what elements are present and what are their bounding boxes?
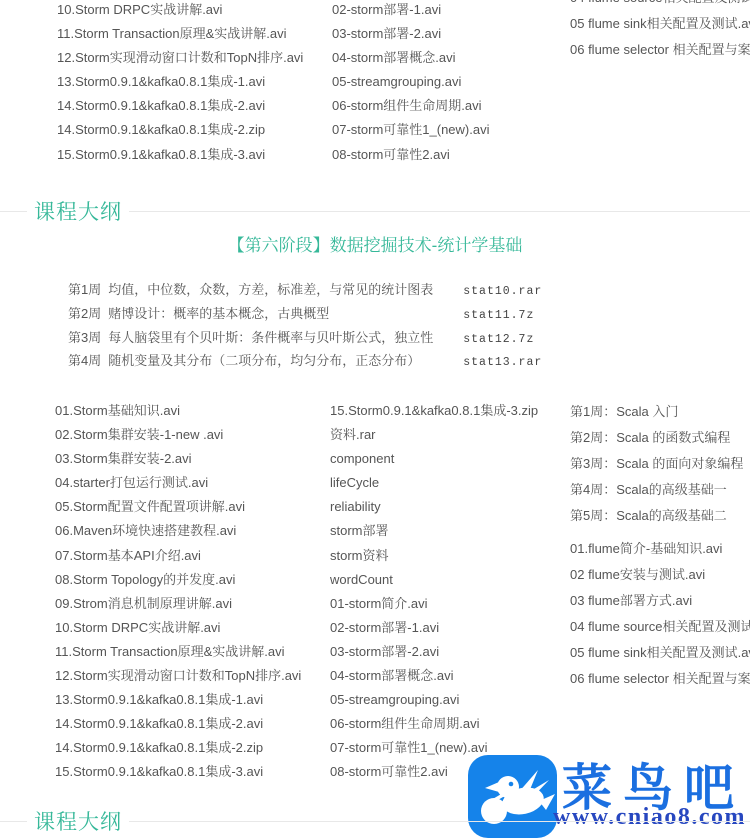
file-item: storm部署	[330, 519, 538, 543]
file-item: 12.Storm实现滑动窗口计数和TopN排序.avi	[55, 664, 301, 688]
main-file-list-storm-deploy: 15.Storm0.9.1&kafka0.8.1集成-3.zip资料.rarco…	[330, 399, 538, 785]
top-file-list-storm-deploy: 02-storm部署-1.avi03-storm部署-2.avi04-storm…	[332, 0, 490, 167]
file-item: 14.Storm0.9.1&kafka0.8.1集成-2.zip	[55, 736, 301, 760]
file-item: lifeCycle	[330, 471, 538, 495]
week-file: stat10.rar	[463, 285, 542, 298]
file-item: 12.Storm实现滑动窗口计数和TopN排序.avi	[57, 46, 303, 70]
divider-line-left	[0, 821, 27, 822]
week-desc: 随机变量及其分布（二项分布，均匀分布，正态分布）	[108, 350, 463, 369]
file-item: 04-storm部署概念.avi	[330, 664, 538, 688]
file-item: 14.Storm0.9.1&kafka0.8.1集成-2.avi	[55, 712, 301, 736]
file-item: 08-storm可靠性2.avi	[332, 143, 490, 167]
main-list-scala-flume: 第1周：Scala 入门第2周：Scala 的函数式编程第3周：Scala 的面…	[570, 399, 750, 692]
week-file: stat12.7z	[463, 333, 534, 346]
week-file: stat13.rar	[463, 356, 542, 369]
main-file-list-storm: 01.Storm基础知识.avi02.Storm集群安装-1-new .avi0…	[55, 399, 301, 785]
file-item: 07-storm可靠性1_(new).avi	[332, 118, 490, 142]
weeks-table: 第1周均值，中位数，众数，方差，标准差，与常见的统计图表stat10.rar第2…	[68, 279, 542, 374]
file-item: 02-storm部署-1.avi	[330, 616, 538, 640]
file-item: 06.Maven环境快速搭建教程.avi	[55, 519, 301, 543]
file-item: 14.Storm0.9.1&kafka0.8.1集成-2.zip	[57, 118, 303, 142]
file-item: 02-storm部署-1.avi	[332, 0, 490, 22]
divider-line-left	[0, 211, 27, 212]
week-item: 第4周：Scala的高级基础一	[570, 477, 750, 503]
file-item: 07.Storm基本API介绍.avi	[55, 544, 301, 568]
file-item: storm资料	[330, 544, 538, 568]
file-item: 02 flume安装与测试.avi	[570, 562, 750, 588]
file-item: 04-storm部署概念.avi	[332, 46, 490, 70]
file-item: 05.Storm配置文件配置项讲解.avi	[55, 495, 301, 519]
week-item: 第1周：Scala 入门	[570, 399, 750, 425]
file-item: 03 flume部署方式.avi	[570, 588, 750, 614]
file-item: 03-storm部署-2.avi	[332, 22, 490, 46]
top-file-list-flume: 04 flume source相关配置及测试.avi05 flume sink相…	[570, 0, 750, 63]
file-item: 11.Storm Transaction原理&实战讲解.avi	[57, 22, 303, 46]
file-item: 01.Storm基础知识.avi	[55, 399, 301, 423]
file-item: 15.Storm0.9.1&kafka0.8.1集成-3.zip	[330, 399, 538, 423]
top-file-list-storm: 10.Storm DRPC实战讲解.avi11.Storm Transactio…	[57, 0, 303, 167]
file-item: 05 flume sink相关配置及测试.avi	[570, 640, 750, 666]
file-item: 05-streamgrouping.avi	[330, 688, 538, 712]
file-item: 06 flume selector 相关配置与案例	[570, 37, 750, 63]
file-item: component	[330, 447, 538, 471]
file-item: reliability	[330, 495, 538, 519]
section-header-outline-2: 课程大纲	[0, 808, 750, 834]
week-desc: 每人脑袋里有个贝叶斯：条件概率与贝叶斯公式，独立性	[108, 327, 463, 346]
file-item: 资料.rar	[330, 423, 538, 447]
file-item: 01.flume简介-基础知识.avi	[570, 536, 750, 562]
file-item: 06 flume selector 相关配置与案例	[570, 666, 750, 692]
file-item: 05 flume sink相关配置及测试.avi	[570, 11, 750, 37]
course-outline-page: 10.Storm DRPC实战讲解.avi11.Storm Transactio…	[0, 0, 750, 840]
file-item: 11.Storm Transaction原理&实战讲解.avi	[55, 640, 301, 664]
scala-week-list: 第1周：Scala 入门第2周：Scala 的函数式编程第3周：Scala 的面…	[570, 399, 750, 529]
file-item: 08.Storm Topology的并发度.avi	[55, 568, 301, 592]
week-label: 第4周	[68, 350, 101, 369]
divider-line-right	[129, 211, 750, 212]
file-item: 03.Storm集群安装-2.avi	[55, 447, 301, 471]
week-label: 第2周	[68, 303, 101, 322]
week-item: 第5周：Scala的高级基础二	[570, 503, 750, 529]
week-row: 第3周每人脑袋里有个贝叶斯：条件概率与贝叶斯公式，独立性stat12.7z	[68, 327, 542, 351]
file-item: 05-streamgrouping.avi	[332, 70, 490, 94]
file-item: 13.Storm0.9.1&kafka0.8.1集成-1.avi	[57, 70, 303, 94]
divider-line-right	[129, 821, 750, 822]
week-row: 第4周随机变量及其分布（二项分布，均匀分布，正态分布）stat13.rar	[68, 350, 542, 374]
week-desc: 均值，中位数，众数，方差，标准差，与常见的统计图表	[108, 279, 463, 298]
file-item: 10.Storm DRPC实战讲解.avi	[55, 616, 301, 640]
file-item: 04 flume source相关配置及测试.avi	[570, 614, 750, 640]
week-file: stat11.7z	[463, 309, 534, 322]
week-desc: 赌博设计：概率的基本概念，古典概型	[108, 303, 463, 322]
week-item: 第2周：Scala 的函数式编程	[570, 425, 750, 451]
week-item: 第3周：Scala 的面向对象编程	[570, 451, 750, 477]
section-header-label: 课程大纲	[27, 806, 129, 836]
file-item: 13.Storm0.9.1&kafka0.8.1集成-1.avi	[55, 688, 301, 712]
file-item: 06-storm组件生命周期.avi	[330, 712, 538, 736]
file-item: 06-storm组件生命周期.avi	[332, 94, 490, 118]
file-item: 15.Storm0.9.1&kafka0.8.1集成-3.avi	[55, 760, 301, 784]
file-item: 03-storm部署-2.avi	[330, 640, 538, 664]
file-item: 14.Storm0.9.1&kafka0.8.1集成-2.avi	[57, 94, 303, 118]
file-item: 15.Storm0.9.1&kafka0.8.1集成-3.avi	[57, 143, 303, 167]
file-item: 10.Storm DRPC实战讲解.avi	[57, 0, 303, 22]
section-header-outline-1: 课程大纲	[0, 198, 750, 224]
week-row: 第2周赌博设计：概率的基本概念，古典概型stat11.7z	[68, 303, 542, 327]
section-header-label: 课程大纲	[27, 196, 129, 226]
file-item: 01-storm简介.avi	[330, 592, 538, 616]
list-gap	[570, 529, 750, 536]
flume-file-list: 01.flume简介-基础知识.avi02 flume安装与测试.avi03 f…	[570, 536, 750, 692]
file-item: 04 flume source相关配置及测试.avi	[570, 0, 750, 11]
file-item: 02.Storm集群安装-1-new .avi	[55, 423, 301, 447]
week-row: 第1周均值，中位数，众数，方差，标准差，与常见的统计图表stat10.rar	[68, 279, 542, 303]
file-item: 09.Strom消息机制原理讲解.avi	[55, 592, 301, 616]
stage-title: 【第六阶段】数据挖掘技术-统计学基础	[0, 231, 750, 256]
week-label: 第1周	[68, 279, 101, 298]
week-label: 第3周	[68, 327, 101, 346]
file-item: wordCount	[330, 568, 538, 592]
file-item: 04.starter打包运行测试.avi	[55, 471, 301, 495]
